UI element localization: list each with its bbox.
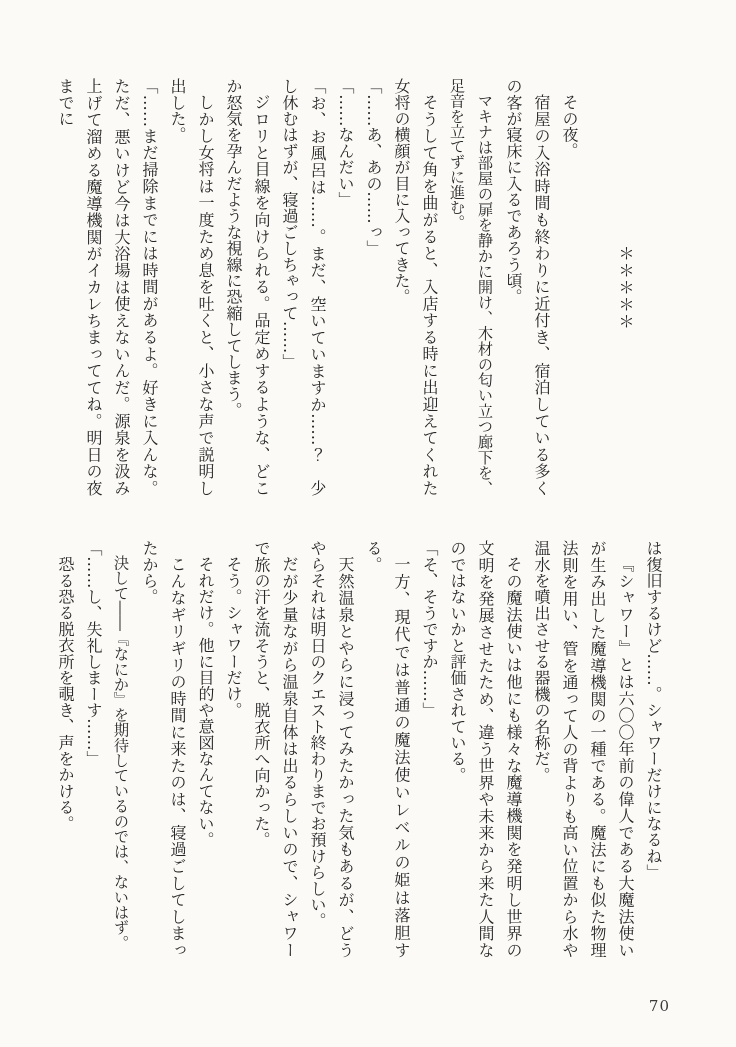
- dialogue-line: 「お、お風呂は……。まだ、空いていますか……？ 少し休むはずが、寝過ごしちゃって…: [275, 78, 331, 496]
- narrative-paragraph: 『シャワー』とは六〇〇年前の偉人である大魔法使いが生み出した魔導機関の一種である…: [527, 540, 639, 958]
- narrative-paragraph: ジロリと目線を向けられる。品定めするような、どこか怒気を孕んだような視線に恐縮し…: [219, 78, 275, 496]
- narrative-paragraph: だが少量ながら温泉自体は出るらしいので、シャワーで旅の汗を流そうと、脱衣所へ向か…: [247, 540, 303, 958]
- dialogue-line: 「……まだ掃除までには時間があるよ。好きに入んな。ただ、悪いけど今は大浴場は使え…: [51, 78, 163, 496]
- dialogue-line: 「……なんだい」: [331, 78, 359, 496]
- novel-page: ＊＊＊＊＊ その夜。 宿屋の入浴時間も終わりに近付き、宿泊している多くの客が寝床…: [0, 0, 736, 1047]
- narrative-paragraph: しかし女将は一度ため息を吐くと、小さな声で説明し出した。: [163, 78, 219, 496]
- narrative-paragraph: そう。シャワーだけ。: [219, 540, 247, 958]
- narrative-paragraph: その魔法使いは他にも様々な魔導機関を発明し世界の文明を発展させたため、違う世界や…: [443, 540, 527, 958]
- dialogue-line: 「……し、失礼しまーす……」: [79, 540, 107, 958]
- scene-top-text-block: ＊＊＊＊＊ その夜。 宿屋の入浴時間も終わりに近付き、宿泊している多くの客が寝床…: [51, 78, 667, 496]
- dialogue-line: 「……あ、あの……っ」: [359, 78, 387, 496]
- dialogue-line-continuation: は復旧するけど……。シャワーだけになるね」: [639, 540, 667, 958]
- narrative-paragraph: こんなギリギリの時間に来たのは、寝過ごしてしまったから。: [135, 540, 191, 958]
- narrative-paragraph: 決して――『なにか』を期待しているのでは、ないはず。: [107, 540, 135, 958]
- narrative-paragraph: その夜。: [555, 78, 583, 496]
- narrative-paragraph: 宿屋の入浴時間も終わりに近付き、宿泊している多くの客が寝床に入るであろう頃。: [499, 78, 555, 496]
- dialogue-line: 「そ、そうですか……」: [415, 540, 443, 958]
- narrative-paragraph: そうして角を曲がると、入店する時に出迎えてくれた女将の横顔が目に入ってきた。: [387, 78, 443, 496]
- narrative-paragraph: それだけ。他に目的や意図なんてない。: [191, 540, 219, 958]
- scene-bottom-text-block: は復旧するけど……。シャワーだけになるね」 『シャワー』とは六〇〇年前の偉人であ…: [51, 540, 667, 958]
- narrative-paragraph: 天然温泉とやらに浸ってみたかった気もあるが、どうやらそれは明日のクエスト終わりま…: [303, 540, 359, 958]
- scene-break-separator: ＊＊＊＊＊: [611, 78, 639, 496]
- narrative-paragraph: 恐る恐る脱衣所を覗き、声をかける。: [51, 540, 79, 958]
- narrative-paragraph: 一方、現代では普通の魔法使いレベルの姫は落胆する。: [359, 540, 415, 958]
- narrative-paragraph: マキナは部屋の扉を静かに開け、木材の匂い立つ廊下を、足音を立てずに進む。: [443, 78, 499, 496]
- page-number: 70: [649, 997, 670, 1015]
